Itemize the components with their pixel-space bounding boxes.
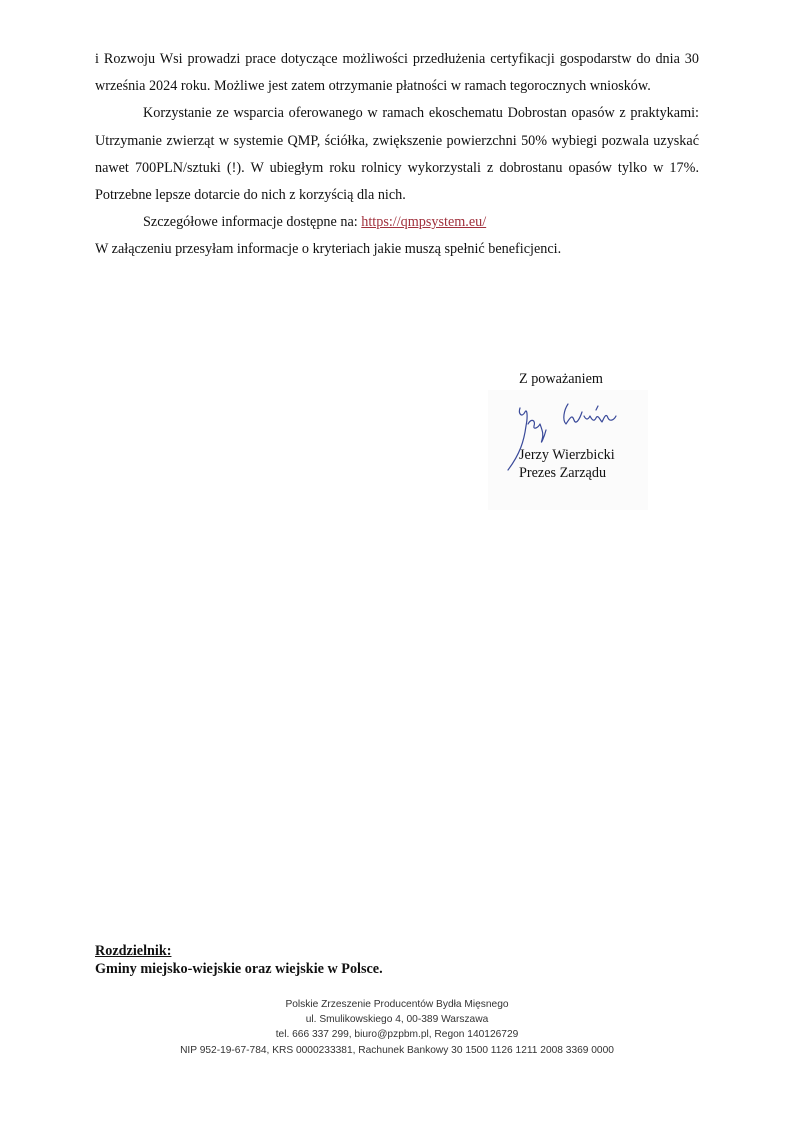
footer-contact: tel. 666 337 299, biuro@pzpbm.pl, Regon … — [0, 1027, 794, 1042]
paragraph-certification: i Rozwoju Wsi prowadzi prace dotyczące m… — [95, 46, 699, 100]
footer-address: ul. Smulikowskiego 4, 00-389 Warszawa — [0, 1012, 794, 1027]
signer-block: Jerzy Wierzbicki Prezes Zarządu — [519, 446, 615, 482]
signer-name: Jerzy Wierzbicki — [519, 446, 615, 464]
paragraph-ecoscheme: Korzystanie ze wsparcia oferowanego w ra… — [95, 100, 699, 209]
closing-greeting: Z poważaniem — [519, 371, 603, 388]
footer-organization: Polskie Zrzeszenie Producentów Bydła Mię… — [0, 997, 794, 1012]
paragraph-info: Szczegółowe informacje dostępne na: http… — [95, 209, 699, 236]
paragraph-attachment: W załączeniu przesyłam informacje o kryt… — [95, 236, 699, 263]
letterhead-footer: Polskie Zrzeszenie Producentów Bydła Mię… — [0, 997, 794, 1058]
distribution-recipients: Gminy miejsko-wiejskie oraz wiejskie w P… — [95, 960, 383, 978]
signer-title: Prezes Zarządu — [519, 464, 615, 482]
letter-body: i Rozwoju Wsi prowadzi prace dotyczące m… — [95, 46, 699, 264]
distribution-label: Rozdzielnik: — [95, 942, 383, 960]
qmpsystem-link[interactable]: https://qmpsystem.eu/ — [361, 214, 486, 230]
document-page: i Rozwoju Wsi prowadzi prace dotyczące m… — [0, 0, 794, 1123]
footer-registration: NIP 952-19-67-784, KRS 0000233381, Rachu… — [0, 1043, 794, 1058]
info-prefix: Szczegółowe informacje dostępne na: — [143, 214, 361, 230]
distribution-list: Rozdzielnik: Gminy miejsko-wiejskie oraz… — [95, 942, 383, 978]
